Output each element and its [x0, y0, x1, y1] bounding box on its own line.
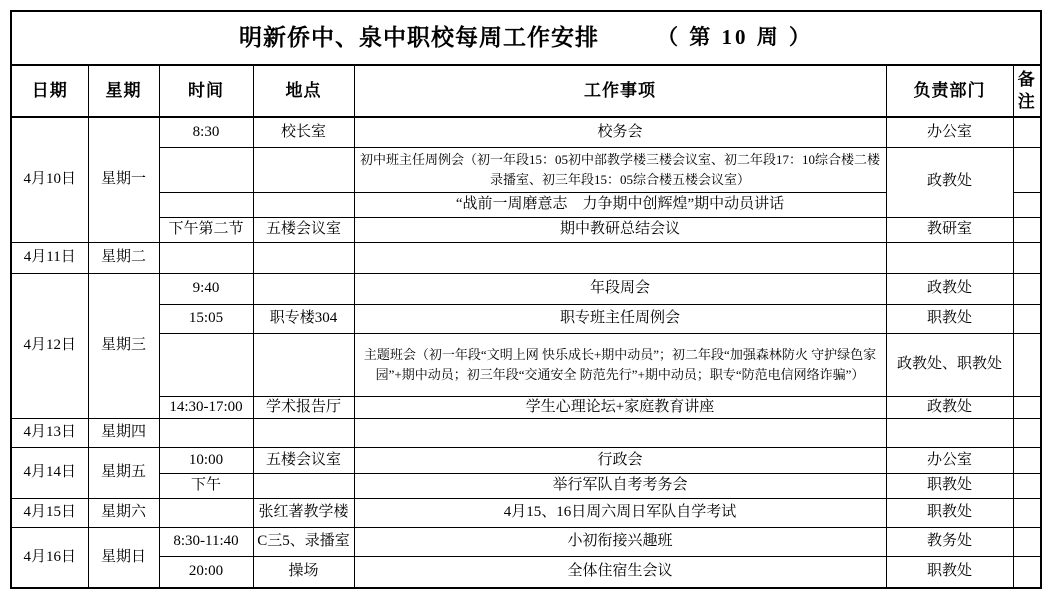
date-cell: 4月10日: [11, 117, 88, 242]
col-header-work-item: 工作事项: [354, 65, 886, 117]
note-cell: [1013, 499, 1041, 528]
work-item-cell: 年段周会: [354, 273, 886, 304]
page-title: 明新侨中、泉中职校每周工作安排: [239, 23, 599, 53]
title-row: 明新侨中、泉中职校每周工作安排 （ 第 10 周 ）: [11, 11, 1041, 65]
table-row: 4月12日星期三9:40年段周会政教处: [11, 273, 1041, 304]
work-item-cell: “战前一周磨意志 力争期中创辉煌”期中动员讲话: [354, 192, 886, 217]
dept-cell: 办公室: [886, 448, 1013, 474]
location-cell: 校长室: [253, 117, 354, 147]
table-row: 4月14日星期五10:00五楼会议室行政会办公室: [11, 448, 1041, 474]
note-cell: [1013, 192, 1041, 217]
time-cell: 20:00: [159, 557, 253, 588]
date-cell: 4月13日: [11, 419, 88, 448]
location-cell: 学术报告厅: [253, 396, 354, 419]
work-item-cell: 4月15、16日周六周日军队自学考试: [354, 499, 886, 528]
note-cell: [1013, 304, 1041, 333]
location-cell: [253, 333, 354, 396]
note-cell: [1013, 419, 1041, 448]
note-cell: [1013, 242, 1041, 273]
title-cell: 明新侨中、泉中职校每周工作安排 （ 第 10 周 ）: [11, 11, 1041, 65]
weekday-cell: 星期一: [88, 117, 159, 242]
week-number-label: （ 第 10 周 ）: [657, 24, 813, 51]
work-item-cell: [354, 419, 886, 448]
weekday-cell: 星期二: [88, 242, 159, 273]
col-header-dept: 负责部门: [886, 65, 1013, 117]
dept-cell: 政教处、职教处: [886, 333, 1013, 396]
table-row: 下午举行军队自考考务会职教处: [11, 474, 1041, 499]
time-cell: 10:00: [159, 448, 253, 474]
location-cell: 操场: [253, 557, 354, 588]
work-item-cell: 全体住宿生会议: [354, 557, 886, 588]
location-cell: [253, 147, 354, 192]
work-item-cell: 职专班主任周例会: [354, 304, 886, 333]
table-row: 4月16日星期日8:30-11:40C三5、录播室小初衔接兴趣班教务处: [11, 528, 1041, 557]
work-item-cell: 学生心理论坛+家庭教育讲座: [354, 396, 886, 419]
location-cell: 张红著教学楼: [253, 499, 354, 528]
note-cell: [1013, 474, 1041, 499]
work-item-cell: 行政会: [354, 448, 886, 474]
time-cell: [159, 242, 253, 273]
time-cell: [159, 192, 253, 217]
location-cell: 五楼会议室: [253, 217, 354, 242]
date-cell: 4月14日: [11, 448, 88, 499]
dept-cell: 职教处: [886, 499, 1013, 528]
table-row: 4月10日星期一8:30校长室校务会办公室: [11, 117, 1041, 147]
time-cell: [159, 333, 253, 396]
dept-cell: 办公室: [886, 117, 1013, 147]
note-cell: [1013, 528, 1041, 557]
date-cell: 4月15日: [11, 499, 88, 528]
work-item-cell: 校务会: [354, 117, 886, 147]
table-row: 初中班主任周例会（初一年段15：05初中部教学楼三楼会议室、初二年段17：10综…: [11, 147, 1041, 192]
weekly-schedule-page: 明新侨中、泉中职校每周工作安排 （ 第 10 周 ） 日期 星期 时间 地点 工…: [0, 0, 1050, 589]
table-row: 4月13日星期四: [11, 419, 1041, 448]
col-header-note: 备注: [1013, 65, 1041, 117]
note-cell: [1013, 333, 1041, 396]
time-cell: 下午: [159, 474, 253, 499]
dept-cell: 教务处: [886, 528, 1013, 557]
note-cell: [1013, 117, 1041, 147]
table-row: 主题班会（初一年段“文明上网 快乐成长+期中动员”；初二年段“加强森林防火 守护…: [11, 333, 1041, 396]
time-cell: 下午第二节: [159, 217, 253, 242]
weekday-cell: 星期五: [88, 448, 159, 499]
work-item-cell: [354, 242, 886, 273]
dept-cell: 职教处: [886, 557, 1013, 588]
dept-cell: 政教处: [886, 147, 1013, 217]
date-cell: 4月12日: [11, 273, 88, 419]
table-row: 15:05职专楼304职专班主任周例会职教处: [11, 304, 1041, 333]
note-cell: [1013, 217, 1041, 242]
location-cell: [253, 192, 354, 217]
time-cell: 9:40: [159, 273, 253, 304]
col-header-date: 日期: [11, 65, 88, 117]
time-cell: 8:30-11:40: [159, 528, 253, 557]
dept-cell: 职教处: [886, 304, 1013, 333]
dept-cell: 职教处: [886, 474, 1013, 499]
col-header-weekday: 星期: [88, 65, 159, 117]
work-item-cell: 主题班会（初一年段“文明上网 快乐成长+期中动员”；初二年段“加强森林防火 守护…: [354, 333, 886, 396]
col-header-time: 时间: [159, 65, 253, 117]
dept-cell: 政教处: [886, 273, 1013, 304]
time-cell: [159, 147, 253, 192]
weekday-cell: 星期日: [88, 528, 159, 588]
work-item-cell: 期中教研总结会议: [354, 217, 886, 242]
date-cell: 4月16日: [11, 528, 88, 588]
location-cell: [253, 474, 354, 499]
dept-cell: 教研室: [886, 217, 1013, 242]
note-cell: [1013, 147, 1041, 192]
location-cell: [253, 419, 354, 448]
time-cell: [159, 499, 253, 528]
note-cell: [1013, 273, 1041, 304]
work-item-cell: 小初衔接兴趣班: [354, 528, 886, 557]
table-row: 4月11日星期二: [11, 242, 1041, 273]
work-item-cell: 举行军队自考考务会: [354, 474, 886, 499]
dept-cell: [886, 419, 1013, 448]
location-cell: 职专楼304: [253, 304, 354, 333]
note-cell: [1013, 448, 1041, 474]
table-row: 下午第二节五楼会议室期中教研总结会议教研室: [11, 217, 1041, 242]
time-cell: 14:30-17:00: [159, 396, 253, 419]
table-row: 14:30-17:00学术报告厅学生心理论坛+家庭教育讲座政教处: [11, 396, 1041, 419]
time-cell: 8:30: [159, 117, 253, 147]
note-cell: [1013, 396, 1041, 419]
dept-cell: 政教处: [886, 396, 1013, 419]
table-row: 20:00操场全体住宿生会议职教处: [11, 557, 1041, 588]
weekday-cell: 星期四: [88, 419, 159, 448]
dept-cell: [886, 242, 1013, 273]
location-cell: [253, 273, 354, 304]
location-cell: [253, 242, 354, 273]
time-cell: [159, 419, 253, 448]
col-header-location: 地点: [253, 65, 354, 117]
work-item-cell: 初中班主任周例会（初一年段15：05初中部教学楼三楼会议室、初二年段17：10综…: [354, 147, 886, 192]
column-header-row: 日期 星期 时间 地点 工作事项 负责部门 备注: [11, 65, 1041, 117]
time-cell: 15:05: [159, 304, 253, 333]
date-cell: 4月11日: [11, 242, 88, 273]
table-row: 4月15日星期六张红著教学楼4月15、16日周六周日军队自学考试职教处: [11, 499, 1041, 528]
location-cell: C三5、录播室: [253, 528, 354, 557]
weekday-cell: 星期六: [88, 499, 159, 528]
location-cell: 五楼会议室: [253, 448, 354, 474]
note-cell: [1013, 557, 1041, 588]
weekday-cell: 星期三: [88, 273, 159, 419]
schedule-table: 明新侨中、泉中职校每周工作安排 （ 第 10 周 ） 日期 星期 时间 地点 工…: [10, 10, 1042, 589]
